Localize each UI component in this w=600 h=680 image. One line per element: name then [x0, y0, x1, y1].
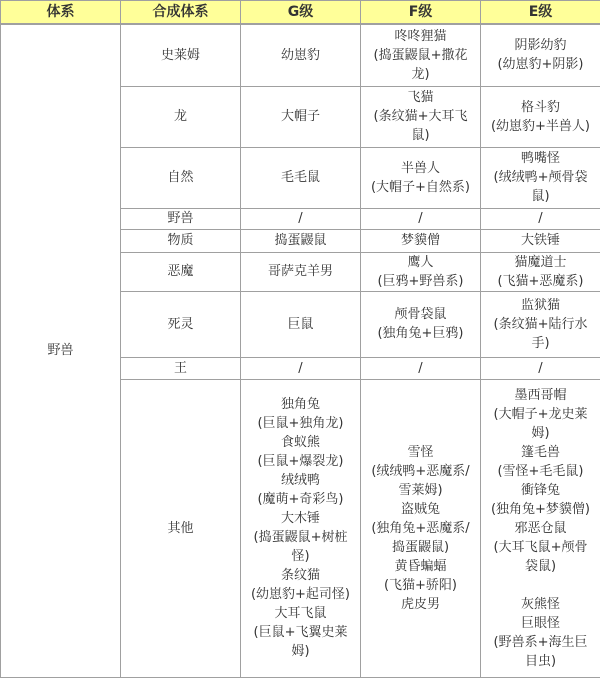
cell-line: 独角兔	[243, 395, 358, 414]
cell-line: 食蚁熊	[243, 433, 358, 452]
e-rank-cell: /	[481, 357, 600, 379]
cell-line: (捣蛋鼹鼠+树桩	[243, 528, 358, 547]
cell-line: (巨鼠+飞翼史莱	[243, 623, 358, 642]
e-rank-cell: 监狱猫(条纹猫+陆行水手)	[481, 291, 600, 357]
cell-line: /	[243, 209, 358, 228]
header-system: 体系	[1, 1, 121, 25]
cell-line: 黄昏蝙蝠	[363, 557, 478, 576]
cell-line: 大木锤	[243, 509, 358, 528]
g-rank-cell: 毛毛鼠	[241, 147, 361, 208]
e-rank-cell: 阴影幼豹(幼崽豹+阴影)	[481, 24, 600, 86]
cell-line: 飞猫	[363, 88, 478, 107]
f-rank-cell: 雪怪(绒绒鸭+恶魔系/雪莱姆)盗贼兔(独角兔+恶魔系/捣蛋鼹鼠)黄昏蝙蝠(飞猫+…	[361, 379, 481, 677]
cell-line: (独角兔+恶魔系/	[363, 519, 478, 538]
cell-line: 哥萨克羊男	[243, 262, 358, 281]
cell-line: /	[483, 209, 598, 228]
cell-line: 袋鼠)	[483, 557, 598, 576]
cell-line: 篷毛兽	[483, 443, 598, 462]
system-cell: 野兽	[1, 24, 121, 677]
cell-line: (巨鼠+独角龙)	[243, 414, 358, 433]
cell-line: (雪怪+毛毛鼠)	[483, 462, 598, 481]
header-synthesis: 合成体系	[121, 1, 241, 25]
cell-line: 猫魔道士	[483, 253, 598, 272]
cell-line: 鼠)	[363, 126, 478, 145]
cell-line: 毛毛鼠	[243, 168, 358, 187]
cell-line: (巨鸦+野兽系)	[363, 272, 478, 291]
f-rank-cell: /	[361, 208, 481, 229]
cell-line: 雪莱姆)	[363, 481, 478, 500]
cell-line: /	[363, 209, 478, 228]
synthesis-cell: 史莱姆	[121, 24, 241, 86]
synthesis-cell: 死灵	[121, 291, 241, 357]
cell-line: /	[363, 359, 478, 378]
g-rank-cell: 幼崽豹	[241, 24, 361, 86]
cell-line: (捣蛋鼹鼠+撒花	[363, 46, 478, 65]
cell-line: 捣蛋鼹鼠)	[363, 538, 478, 557]
cell-line: 条纹猫	[243, 566, 358, 585]
synthesis-cell: 王	[121, 357, 241, 379]
cell-line: 监狱猫	[483, 296, 598, 315]
cell-line: (条纹猫+大耳飞	[363, 107, 478, 126]
cell-line: 阴影幼豹	[483, 36, 598, 55]
g-rank-cell: 独角兔(巨鼠+独角龙)食蚁熊(巨鼠+爆裂龙)绒绒鸭(魔萌+奇彩鸟)大木锤(捣蛋鼹…	[241, 379, 361, 677]
header-f-rank: F级	[361, 1, 481, 25]
cell-line: 雪怪	[363, 443, 478, 462]
e-rank-cell: 格斗豹(幼崽豹+半兽人)	[481, 86, 600, 147]
table-row: 野兽史莱姆幼崽豹咚咚狸猫(捣蛋鼹鼠+撒花龙)阴影幼豹(幼崽豹+阴影)	[1, 24, 600, 86]
cell-line: (巨鼠+爆裂龙)	[243, 452, 358, 471]
cell-line: 大铁锤	[483, 231, 598, 250]
cell-line: 绒绒鸭	[243, 471, 358, 490]
cell-line: 姆)	[483, 424, 598, 443]
cell-line: (大帽子+自然系)	[363, 178, 478, 197]
f-rank-cell: 飞猫(条纹猫+大耳飞鼠)	[361, 86, 481, 147]
cell-line: 捣蛋鼹鼠	[243, 231, 358, 250]
synthesis-cell: 恶魔	[121, 252, 241, 291]
cell-line: 墨西哥帽	[483, 386, 598, 405]
g-rank-cell: /	[241, 357, 361, 379]
cell-line: (大耳飞鼠+颅骨	[483, 538, 598, 557]
g-rank-cell: 巨鼠	[241, 291, 361, 357]
e-rank-cell: /	[481, 208, 600, 229]
cell-line: 灰熊怪	[483, 595, 598, 614]
header-row: 体系 合成体系 G级 F级 E级	[1, 1, 600, 25]
f-rank-cell: 颅骨袋鼠(独角兔+巨鸦)	[361, 291, 481, 357]
cell-line: 颅骨袋鼠	[363, 305, 478, 324]
cell-line: (幼崽豹+阴影)	[483, 55, 598, 74]
e-rank-cell: 墨西哥帽(大帽子+龙史莱姆)篷毛兽(雪怪+毛毛鼠)衝锋兔(独角兔+梦貘僧)邪恶仓…	[481, 379, 600, 677]
g-rank-cell: 捣蛋鼹鼠	[241, 229, 361, 252]
cell-line: 巨鼠	[243, 315, 358, 334]
cell-line	[483, 576, 598, 595]
f-rank-cell: 梦貘僧	[361, 229, 481, 252]
synthesis-cell: 野兽	[121, 208, 241, 229]
cell-line: 大耳飞鼠	[243, 604, 358, 623]
header-e-rank: E级	[481, 1, 600, 25]
cell-line: 怪)	[243, 547, 358, 566]
e-rank-cell: 大铁锤	[481, 229, 600, 252]
synthesis-cell: 物质	[121, 229, 241, 252]
cell-line: (魔萌+奇彩鸟)	[243, 490, 358, 509]
cell-line: 龙)	[363, 65, 478, 84]
cell-line: (幼崽豹+起司怪)	[243, 585, 358, 604]
synthesis-cell: 自然	[121, 147, 241, 208]
f-rank-cell: /	[361, 357, 481, 379]
cell-line: 半兽人	[363, 159, 478, 178]
cell-line: 大帽子	[243, 107, 358, 126]
e-rank-cell: 猫魔道士(飞猫+恶魔系)	[481, 252, 600, 291]
cell-line: (绒绒鸭+颅骨袋	[483, 168, 598, 187]
cell-line: (飞猫+恶魔系)	[483, 272, 598, 291]
cell-line: 衝锋兔	[483, 481, 598, 500]
e-rank-cell: 鸭嘴怪(绒绒鸭+颅骨袋鼠)	[481, 147, 600, 208]
g-rank-cell: 大帽子	[241, 86, 361, 147]
cell-line: 巨眼怪	[483, 614, 598, 633]
cell-line: (绒绒鸭+恶魔系/	[363, 462, 478, 481]
cell-line: 鸭嘴怪	[483, 149, 598, 168]
cell-line: /	[483, 359, 598, 378]
synthesis-table: 体系 合成体系 G级 F级 E级 野兽史莱姆幼崽豹咚咚狸猫(捣蛋鼹鼠+撒花龙)阴…	[0, 0, 600, 678]
synthesis-cell: 其他	[121, 379, 241, 677]
cell-line: 幼崽豹	[243, 46, 358, 65]
cell-line: (飞猫+骄阳)	[363, 576, 478, 595]
g-rank-cell: 哥萨克羊男	[241, 252, 361, 291]
cell-line: 邪恶仓鼠	[483, 519, 598, 538]
cell-line: (条纹猫+陆行水	[483, 315, 598, 334]
cell-line: (野兽系+海生巨	[483, 633, 598, 652]
f-rank-cell: 鹰人(巨鸦+野兽系)	[361, 252, 481, 291]
synthesis-cell: 龙	[121, 86, 241, 147]
cell-line: (大帽子+龙史莱	[483, 405, 598, 424]
f-rank-cell: 半兽人(大帽子+自然系)	[361, 147, 481, 208]
cell-line: 姆)	[243, 642, 358, 661]
cell-line: 梦貘僧	[363, 231, 478, 250]
cell-line: 格斗豹	[483, 98, 598, 117]
cell-line: (独角兔+巨鸦)	[363, 324, 478, 343]
cell-line: (独角兔+梦貘僧)	[483, 500, 598, 519]
header-g-rank: G级	[241, 1, 361, 25]
cell-line: 鼠)	[483, 187, 598, 206]
cell-line: 盗贼兔	[363, 500, 478, 519]
cell-line: /	[243, 359, 358, 378]
cell-line: 鹰人	[363, 253, 478, 272]
cell-line: 手)	[483, 334, 598, 353]
g-rank-cell: /	[241, 208, 361, 229]
cell-line: (幼崽豹+半兽人)	[483, 117, 598, 136]
cell-line: 咚咚狸猫	[363, 27, 478, 46]
cell-line: 虎皮男	[363, 595, 478, 614]
f-rank-cell: 咚咚狸猫(捣蛋鼹鼠+撒花龙)	[361, 24, 481, 86]
cell-line: 目虫)	[483, 652, 598, 671]
